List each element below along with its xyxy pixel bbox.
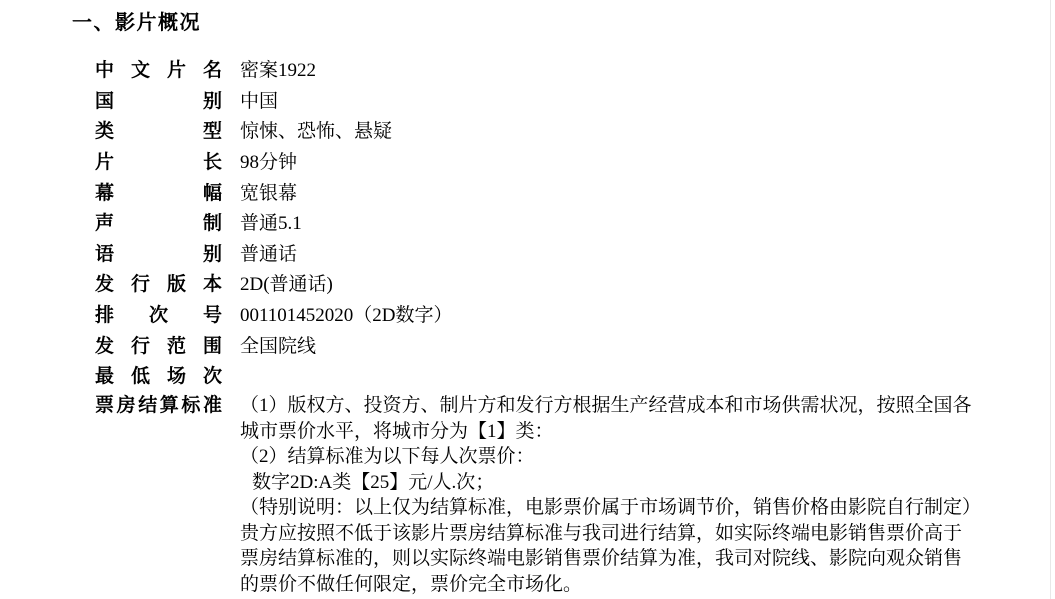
info-row-genre: 类型 惊悚、恐怖、悬疑 xyxy=(95,117,1025,148)
film-info-table: 中文片名 密案1922 国别 中国 类型 惊悚、恐怖、悬疑 片长 98分钟 幕幅… xyxy=(95,56,1025,597)
info-label: 发行版本 xyxy=(95,270,222,301)
section-title: 一、影片概况 xyxy=(72,11,201,35)
settlement-line: 的票价不做任何限定，票价完全市场化。 xyxy=(240,572,981,598)
info-value: 中国 xyxy=(240,87,278,118)
settlement-line: （1）版权方、投资方、制片方和发行方根据生产经营成本和市场供需状况，按照全国各 xyxy=(240,393,981,419)
settlement-text: （1）版权方、投资方、制片方和发行方根据生产经营成本和市场供需状况，按照全国各 … xyxy=(240,393,981,597)
info-label: 最低场次 xyxy=(95,362,222,393)
info-value: 普通话 xyxy=(240,240,297,271)
info-value: 宽银幕 xyxy=(240,179,297,210)
info-label: 类型 xyxy=(95,117,222,148)
info-row-runtime: 片长 98分钟 xyxy=(95,148,1025,179)
info-row-country: 国别 中国 xyxy=(95,87,1025,118)
info-value: 001101452020（2D数字） xyxy=(240,301,453,332)
info-row-serial-number: 排次号 001101452020（2D数字） xyxy=(95,301,1025,332)
info-row-chinese-title: 中文片名 密案1922 xyxy=(95,56,1025,87)
info-label: 中文片名 xyxy=(95,56,222,87)
info-value: 密案1922 xyxy=(240,56,316,87)
info-label: 语别 xyxy=(95,240,222,271)
info-value: 惊悚、恐怖、悬疑 xyxy=(240,117,392,148)
info-value: 普通5.1 xyxy=(240,209,302,240)
info-row-minimum-screenings: 最低场次 xyxy=(95,362,1025,393)
settlement-line: 数字2D:A类【25】元/人.次； xyxy=(240,470,981,496)
info-row-screen-format: 幕幅 宽银幕 xyxy=(95,179,1025,210)
settlement-line: 贵方应按照不低于该影片票房结算标准与我司进行结算，如实际终端电影销售票价高于 xyxy=(240,521,981,547)
info-row-language: 语别 普通话 xyxy=(95,240,1025,271)
info-row-distribution-scope: 发行范围 全国院线 xyxy=(95,332,1025,363)
page-edge-line xyxy=(1050,0,1051,599)
info-label: 片长 xyxy=(95,148,222,179)
settlement-line: 城市票价水平，将城市分为【1】类： xyxy=(240,419,981,445)
info-label: 国别 xyxy=(95,87,222,118)
info-value: 2D(普通话) xyxy=(240,270,333,301)
info-label: 声制 xyxy=(95,209,222,240)
settlement-line: 票房结算标准的，则以实际终端电影销售票价结算为准，我司对院线、影院向观众销售 xyxy=(240,546,981,572)
info-label: 发行范围 xyxy=(95,332,222,363)
settlement-label: 票房结算标准 xyxy=(95,393,222,419)
info-value: 98分钟 xyxy=(240,148,297,179)
settlement-row: 票房结算标准 （1）版权方、投资方、制片方和发行方根据生产经营成本和市场供需状况… xyxy=(95,393,1025,597)
settlement-line: （2）结算标准为以下每人次票价： xyxy=(240,444,981,470)
info-row-release-version: 发行版本 2D(普通话) xyxy=(95,270,1025,301)
info-label: 幕幅 xyxy=(95,179,222,210)
info-row-sound-format: 声制 普通5.1 xyxy=(95,209,1025,240)
info-label: 排次号 xyxy=(95,301,222,332)
info-value: 全国院线 xyxy=(240,332,316,363)
settlement-line: （特别说明：以上仅为结算标准，电影票价属于市场调节价，销售价格由影院自行制定） xyxy=(240,495,981,521)
